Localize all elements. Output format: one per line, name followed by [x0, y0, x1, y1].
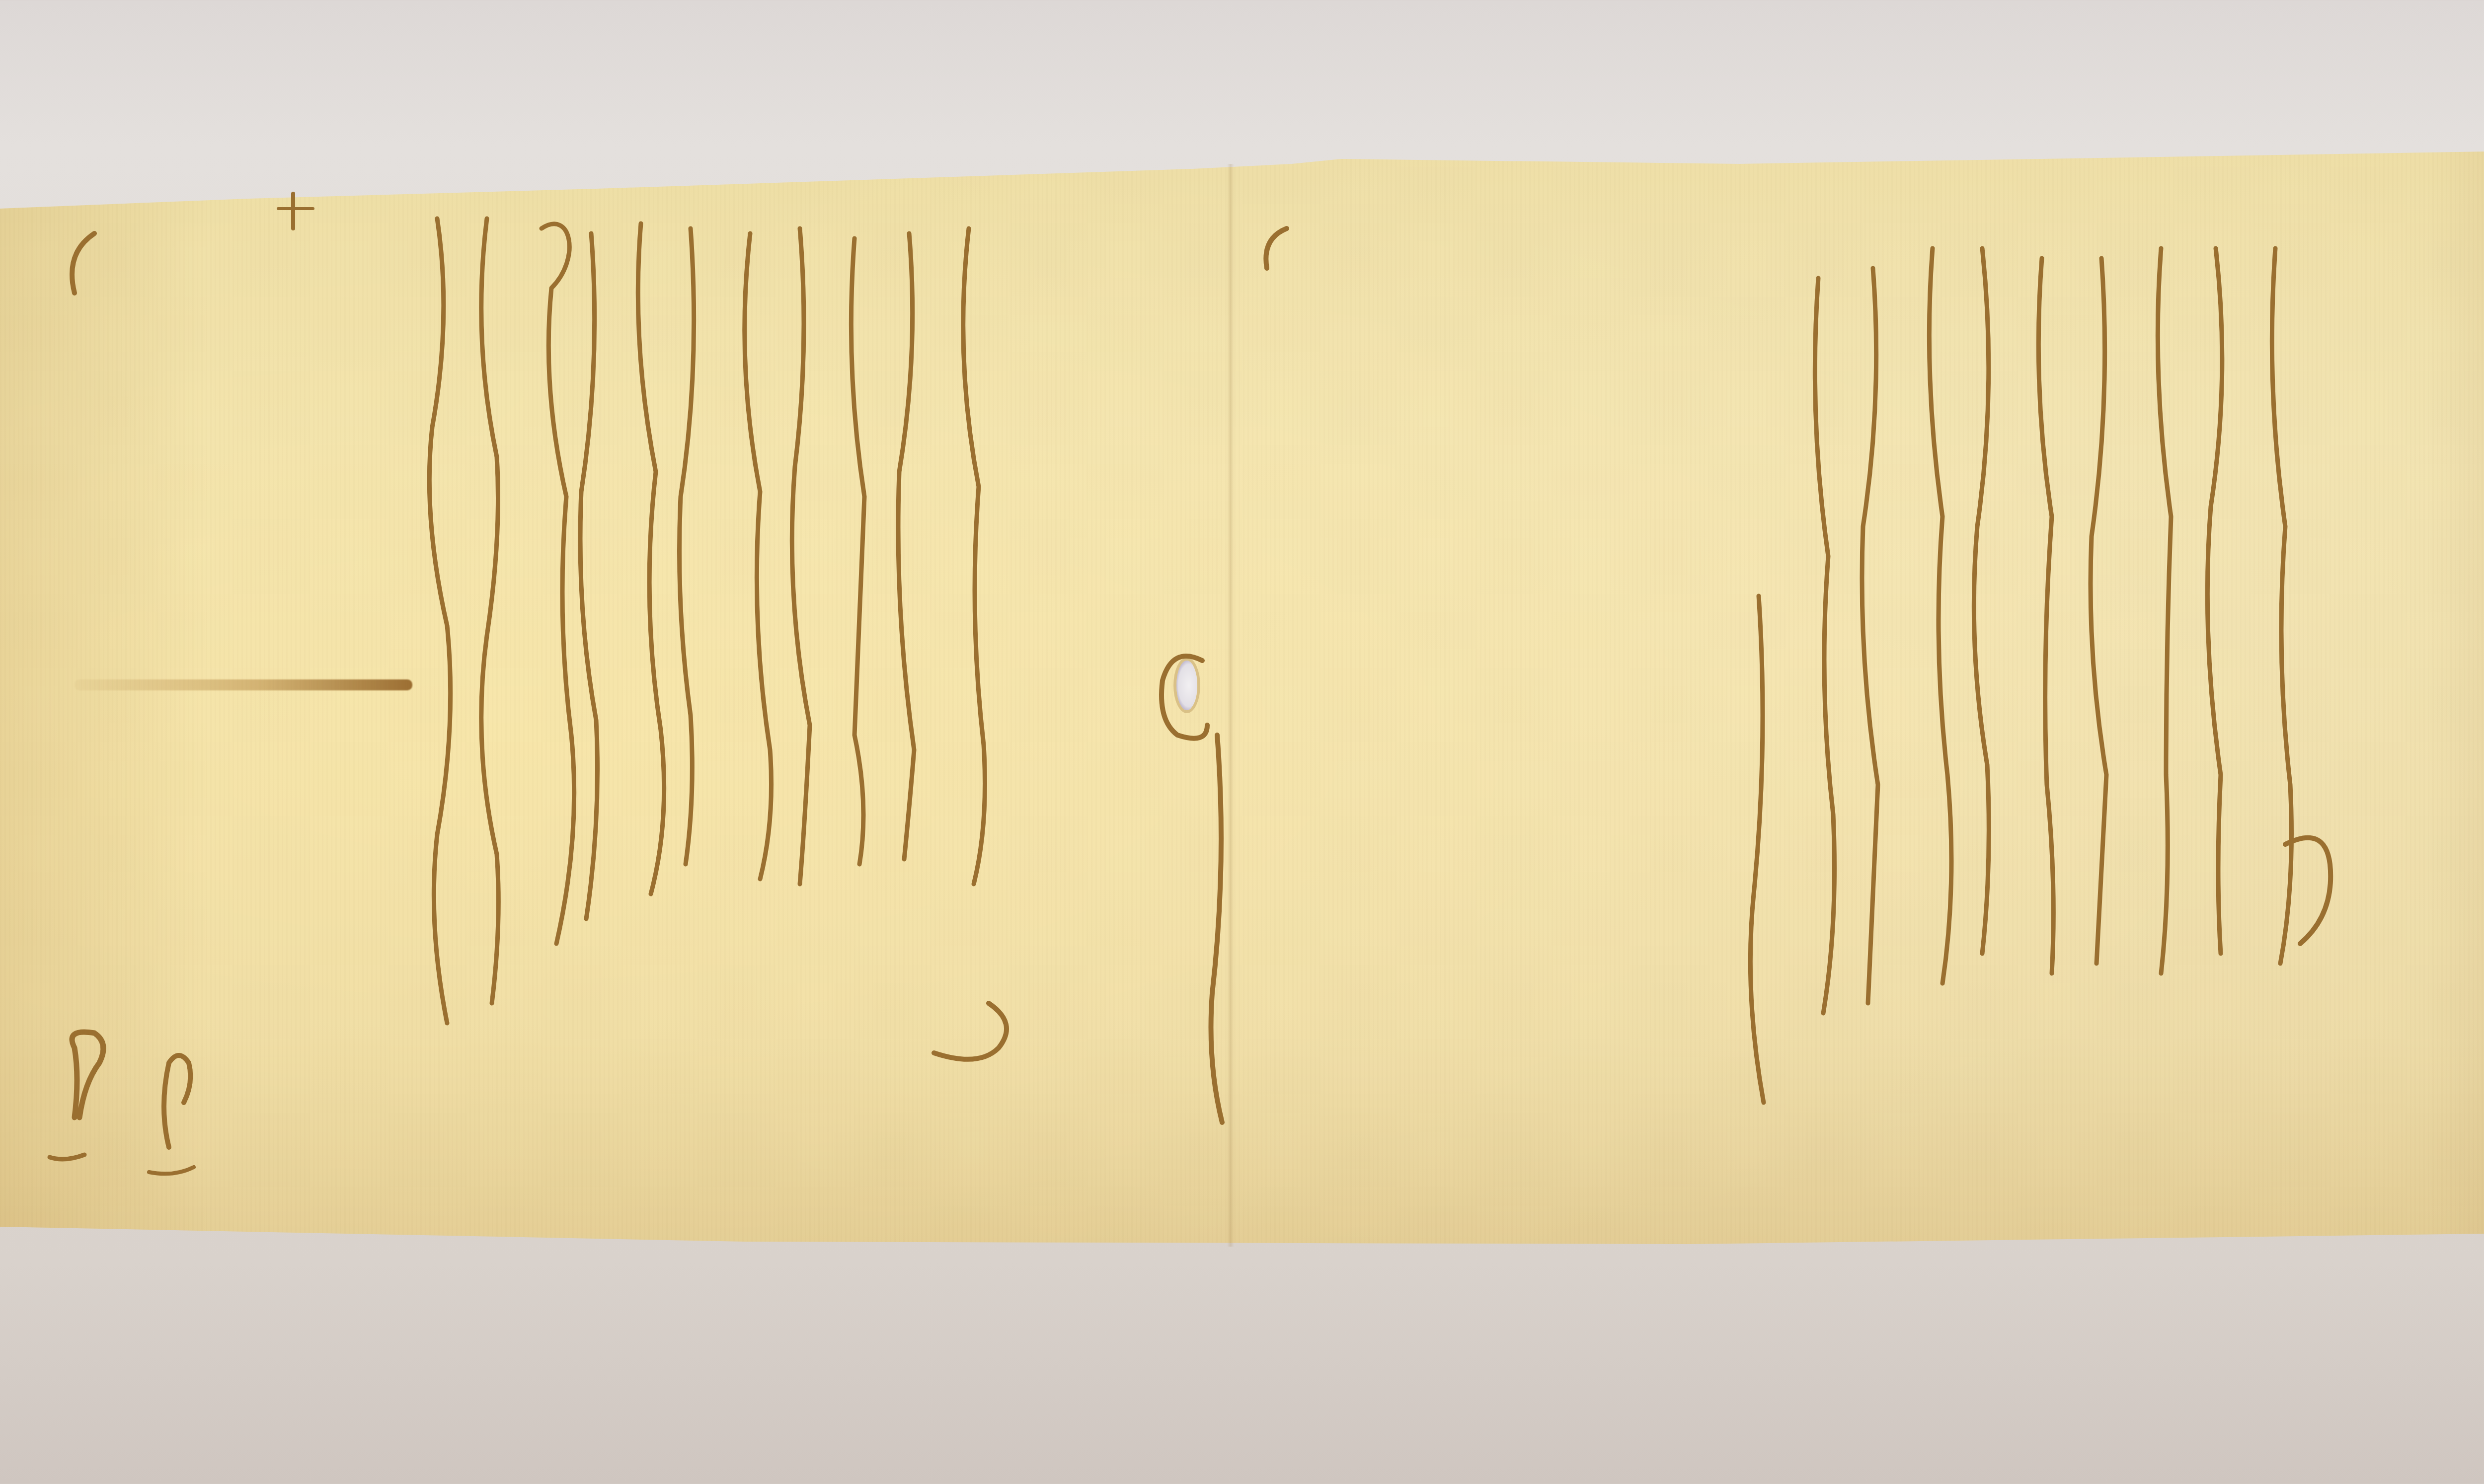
pin-hole — [1176, 661, 1197, 710]
ink-stain — [75, 679, 412, 690]
fold-crease — [1227, 164, 1234, 1247]
